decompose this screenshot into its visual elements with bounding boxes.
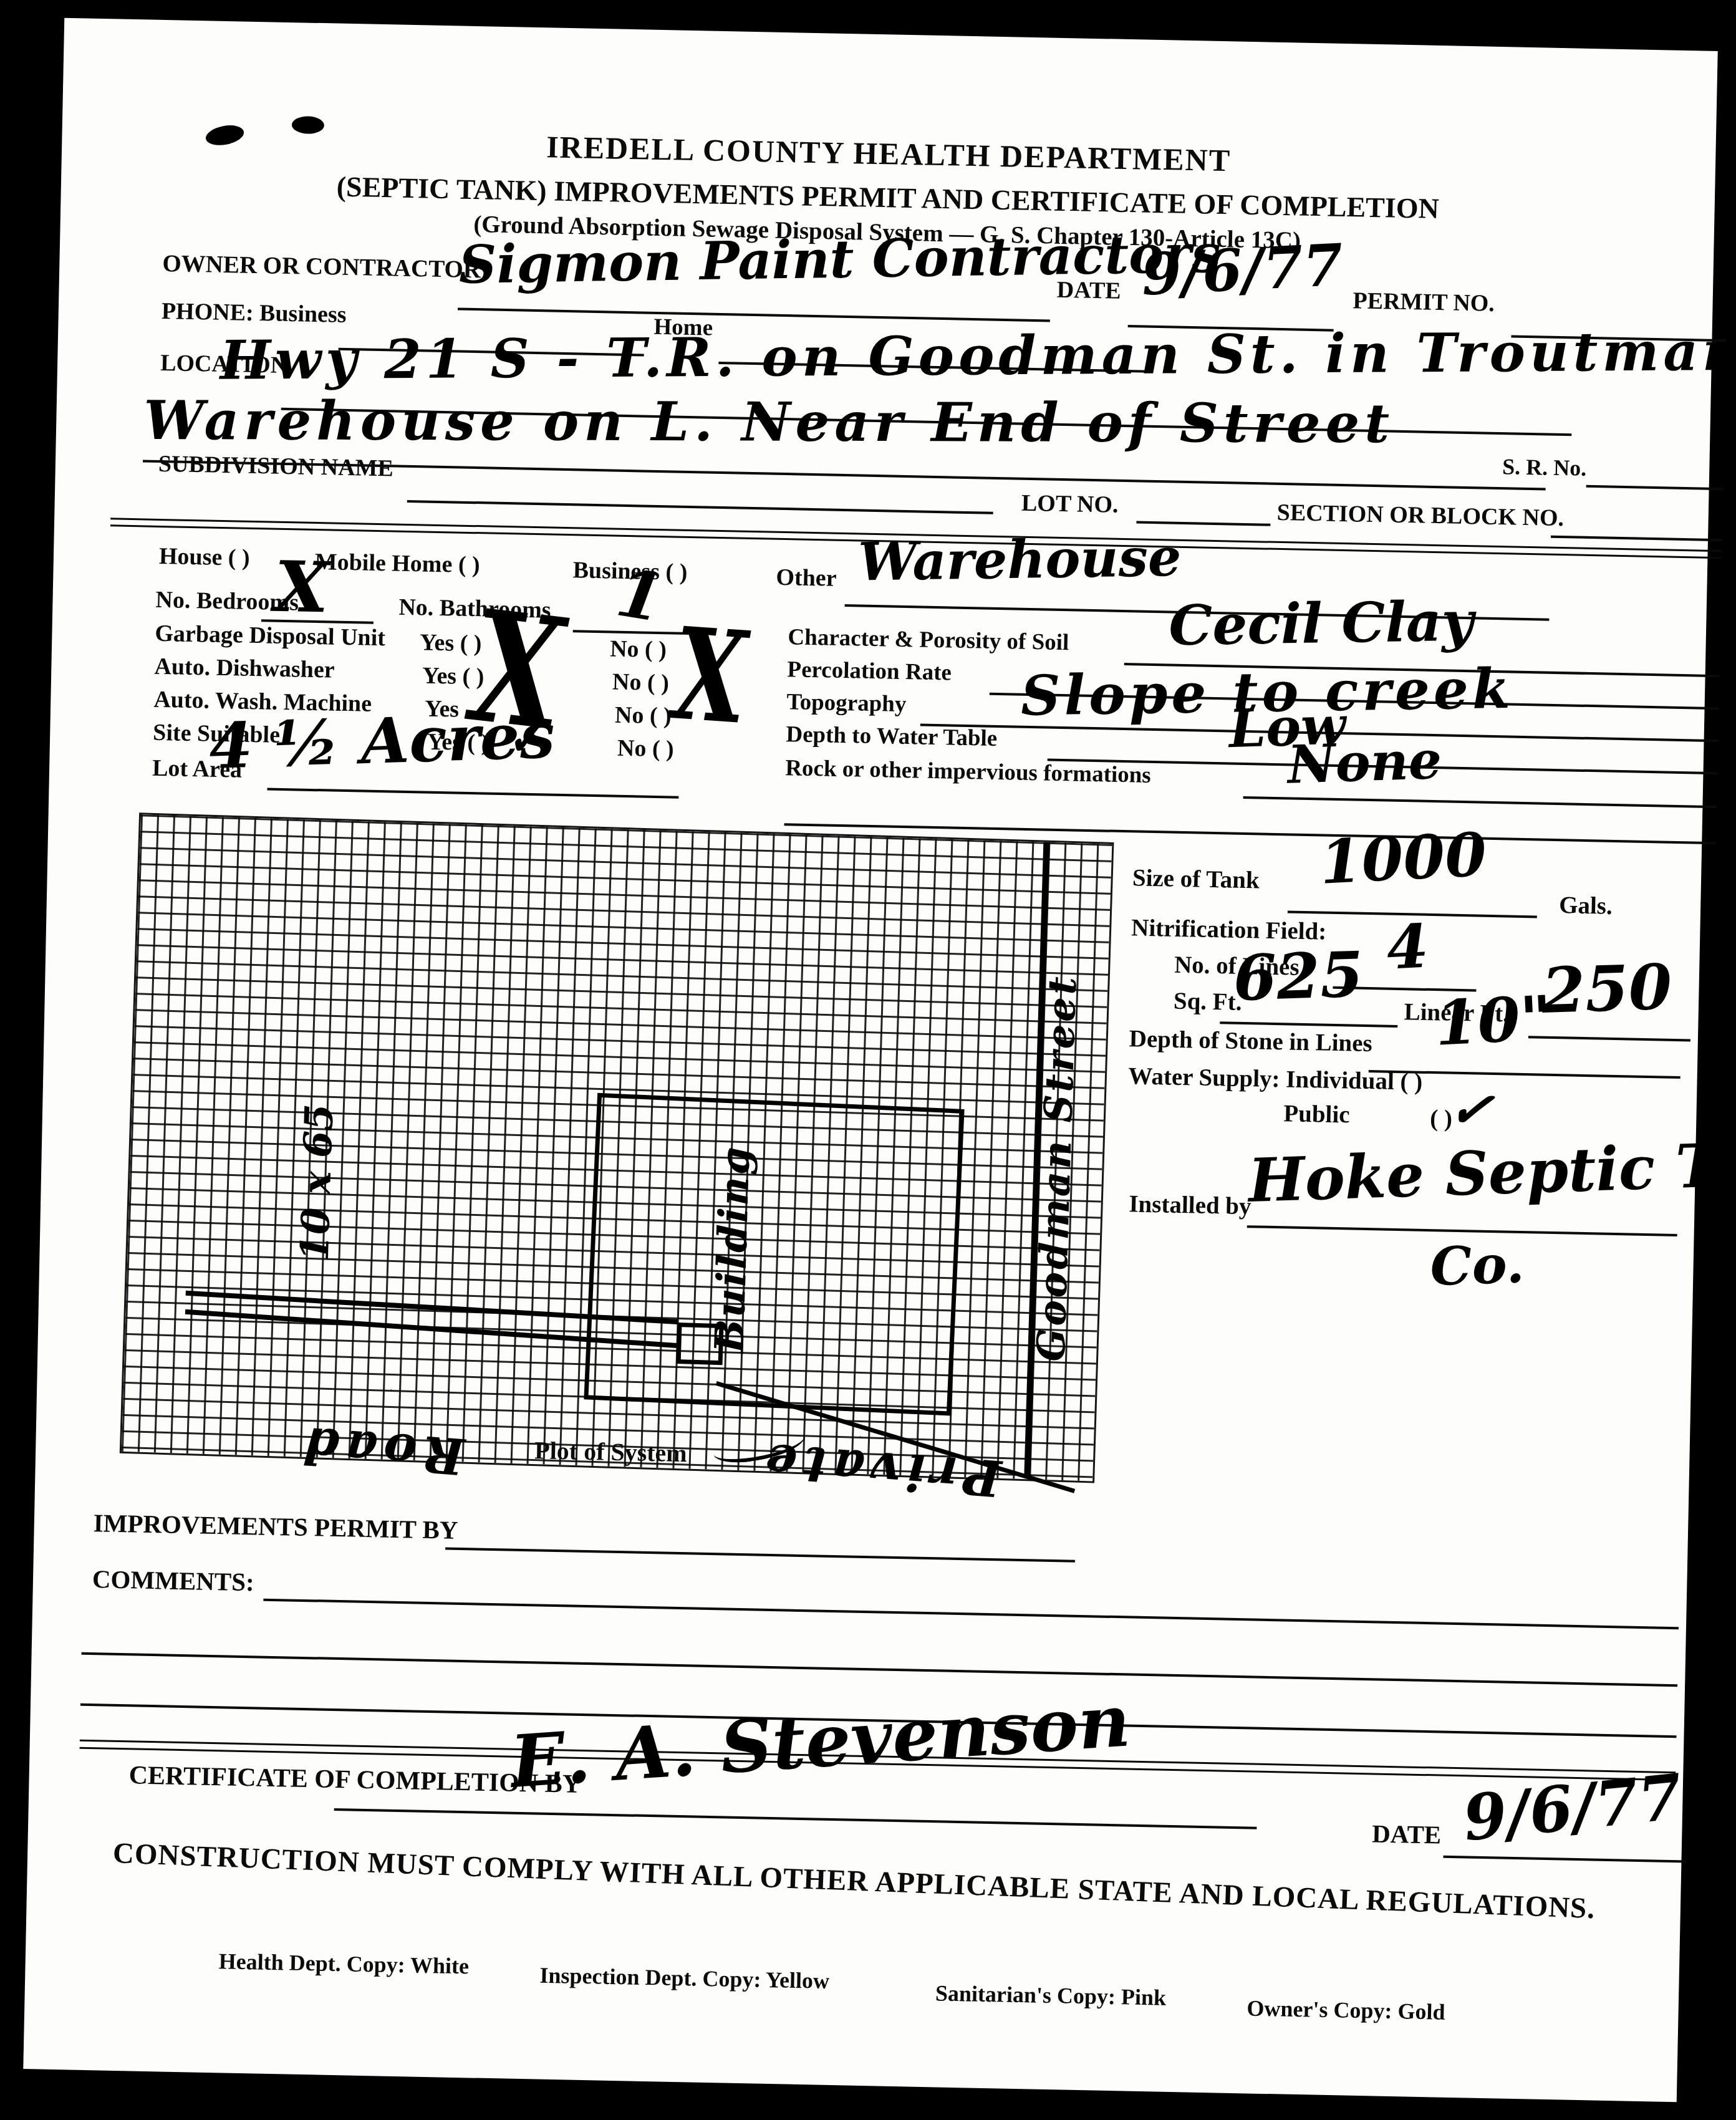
rock-formations-underline (1243, 796, 1717, 808)
soil-value: Cecil Clay (1168, 589, 1473, 658)
water-supply-individual-label: Water Supply: Individual ( ) (1128, 1062, 1423, 1096)
footer-copy-inspection: Inspection Dept. Copy: Yellow (539, 1962, 829, 1994)
sr-no-label: S. R. No. (1502, 453, 1587, 481)
certificate-date-label: DATE (1372, 1818, 1442, 1849)
topography-label: Topography (786, 688, 907, 718)
other-value: Warehouse (857, 526, 1181, 593)
soil-label: Character & Porosity of Soil (788, 624, 1069, 656)
house-checkbox-label: House ( ) (159, 542, 251, 572)
gals-label: Gals. (1559, 891, 1613, 920)
tank-size-value: 1000 (1318, 819, 1488, 898)
water-supply-public-label: Public (1283, 1099, 1350, 1129)
garbage-disposal-label: Garbage Disposal Unit (155, 620, 385, 652)
no-of-lines-value: 4 (1385, 911, 1430, 983)
plot-dimension-label: 10 x 65 (291, 1070, 343, 1296)
owner-underline (458, 307, 1050, 322)
sq-ft-value: 625 (1232, 937, 1364, 1015)
percolation-label: Percolation Rate (787, 656, 952, 686)
sr-no-underline (1586, 485, 1724, 490)
comments-line (263, 1599, 1679, 1630)
lot-area-value: 4 ½ Acres (208, 698, 556, 783)
footer-copy-sanitarian: Sanitarian's Copy: Pink (935, 1980, 1167, 2010)
street-label: Goodman Street (1026, 912, 1087, 1424)
site-suitable-no-option: No ( ) (617, 735, 675, 763)
section-block-underline (1551, 536, 1722, 542)
mobile-home-checkbox-label: Mobile Home ( ) (314, 548, 480, 579)
dishwasher-no-option: No ( ) (612, 668, 670, 697)
wash-machine-no-option: No ( ) (615, 701, 672, 730)
tank-box (677, 1323, 724, 1365)
footer-copy-health: Health Dept. Copy: White (218, 1948, 469, 1979)
installed-by-value-2: Co. (1429, 1233, 1525, 1298)
stone-depth-value: 10" (1434, 982, 1554, 1059)
phone-business-label: PHONE: Business (161, 297, 346, 329)
date-label: DATE (1056, 276, 1121, 305)
lot-no-underline (1136, 521, 1270, 526)
plot-grid: Goodman Street 10 x 65 Building (120, 812, 1114, 1483)
tank-size-label: Size of Tank (1132, 864, 1260, 894)
water-table-label: Depth to Water Table (786, 721, 998, 752)
road-word: Road (296, 1415, 466, 1486)
permit-no-label: PERMIT NO. (1353, 287, 1495, 317)
location-value-line1: Hwy 21 S - T.R. on Goodman St. in Troutm… (219, 320, 1736, 392)
comments-line (82, 1652, 1678, 1687)
scanned-permit-page: IREDELL COUNTY HEALTH DEPARTMENT (SEPTIC… (23, 18, 1717, 2103)
no-column-x-mark: X (671, 599, 750, 753)
public-check-mark: ✓ (1445, 1076, 1497, 1143)
plot-of-system-caption: Plot of System (534, 1435, 687, 1468)
location-value-line2: Warehouse on L. Near End of Street (143, 389, 1394, 455)
building-outline (584, 1093, 964, 1416)
dishwasher-label: Auto. Dishwasher (154, 653, 335, 684)
bedrooms-mark: X (274, 546, 330, 629)
garbage-no-option: No ( ) (610, 635, 667, 663)
other-label: Other (776, 564, 837, 592)
certificate-signature-underline (334, 1808, 1257, 1829)
installed-by-value: Hoke Septic Tank (1247, 1126, 1736, 1216)
linear-ft-value: 250 (1541, 950, 1673, 1028)
improvements-permit-by-underline (445, 1547, 1075, 1562)
garbage-yes-option: Yes ( ) (420, 629, 482, 657)
comments-label: COMMENTS: (92, 1564, 255, 1597)
date-value: 9/6/77 (1140, 231, 1344, 309)
section-block-label: SECTION OR BLOCK NO. (1276, 499, 1564, 532)
owner-contractor-label: OWNER OR CONTRACTOR (162, 249, 481, 284)
certificate-date-value: 9/6/77 (1460, 1760, 1685, 1855)
subdivision-underline (407, 500, 993, 514)
sq-ft-label: Sq. Ft. (1174, 987, 1242, 1016)
rock-formations-value: None (1286, 729, 1442, 796)
certificate-signature: E. A. Stevenson (508, 1679, 1133, 1804)
installed-by-label: Installed by (1129, 1190, 1251, 1220)
lot-area-underline (267, 788, 678, 798)
footer-copy-owner: Owner's Copy: Gold (1247, 1995, 1445, 2025)
improvements-permit-by-label: IMPROVEMENTS PERMIT BY (93, 1508, 458, 1545)
stone-depth-label: Depth of Stone in Lines (1129, 1024, 1372, 1058)
subdivision-label: SUBDIVISION NAME (158, 450, 394, 483)
certificate-date-underline (1444, 1856, 1687, 1863)
lot-no-label: LOT NO. (1021, 489, 1119, 519)
